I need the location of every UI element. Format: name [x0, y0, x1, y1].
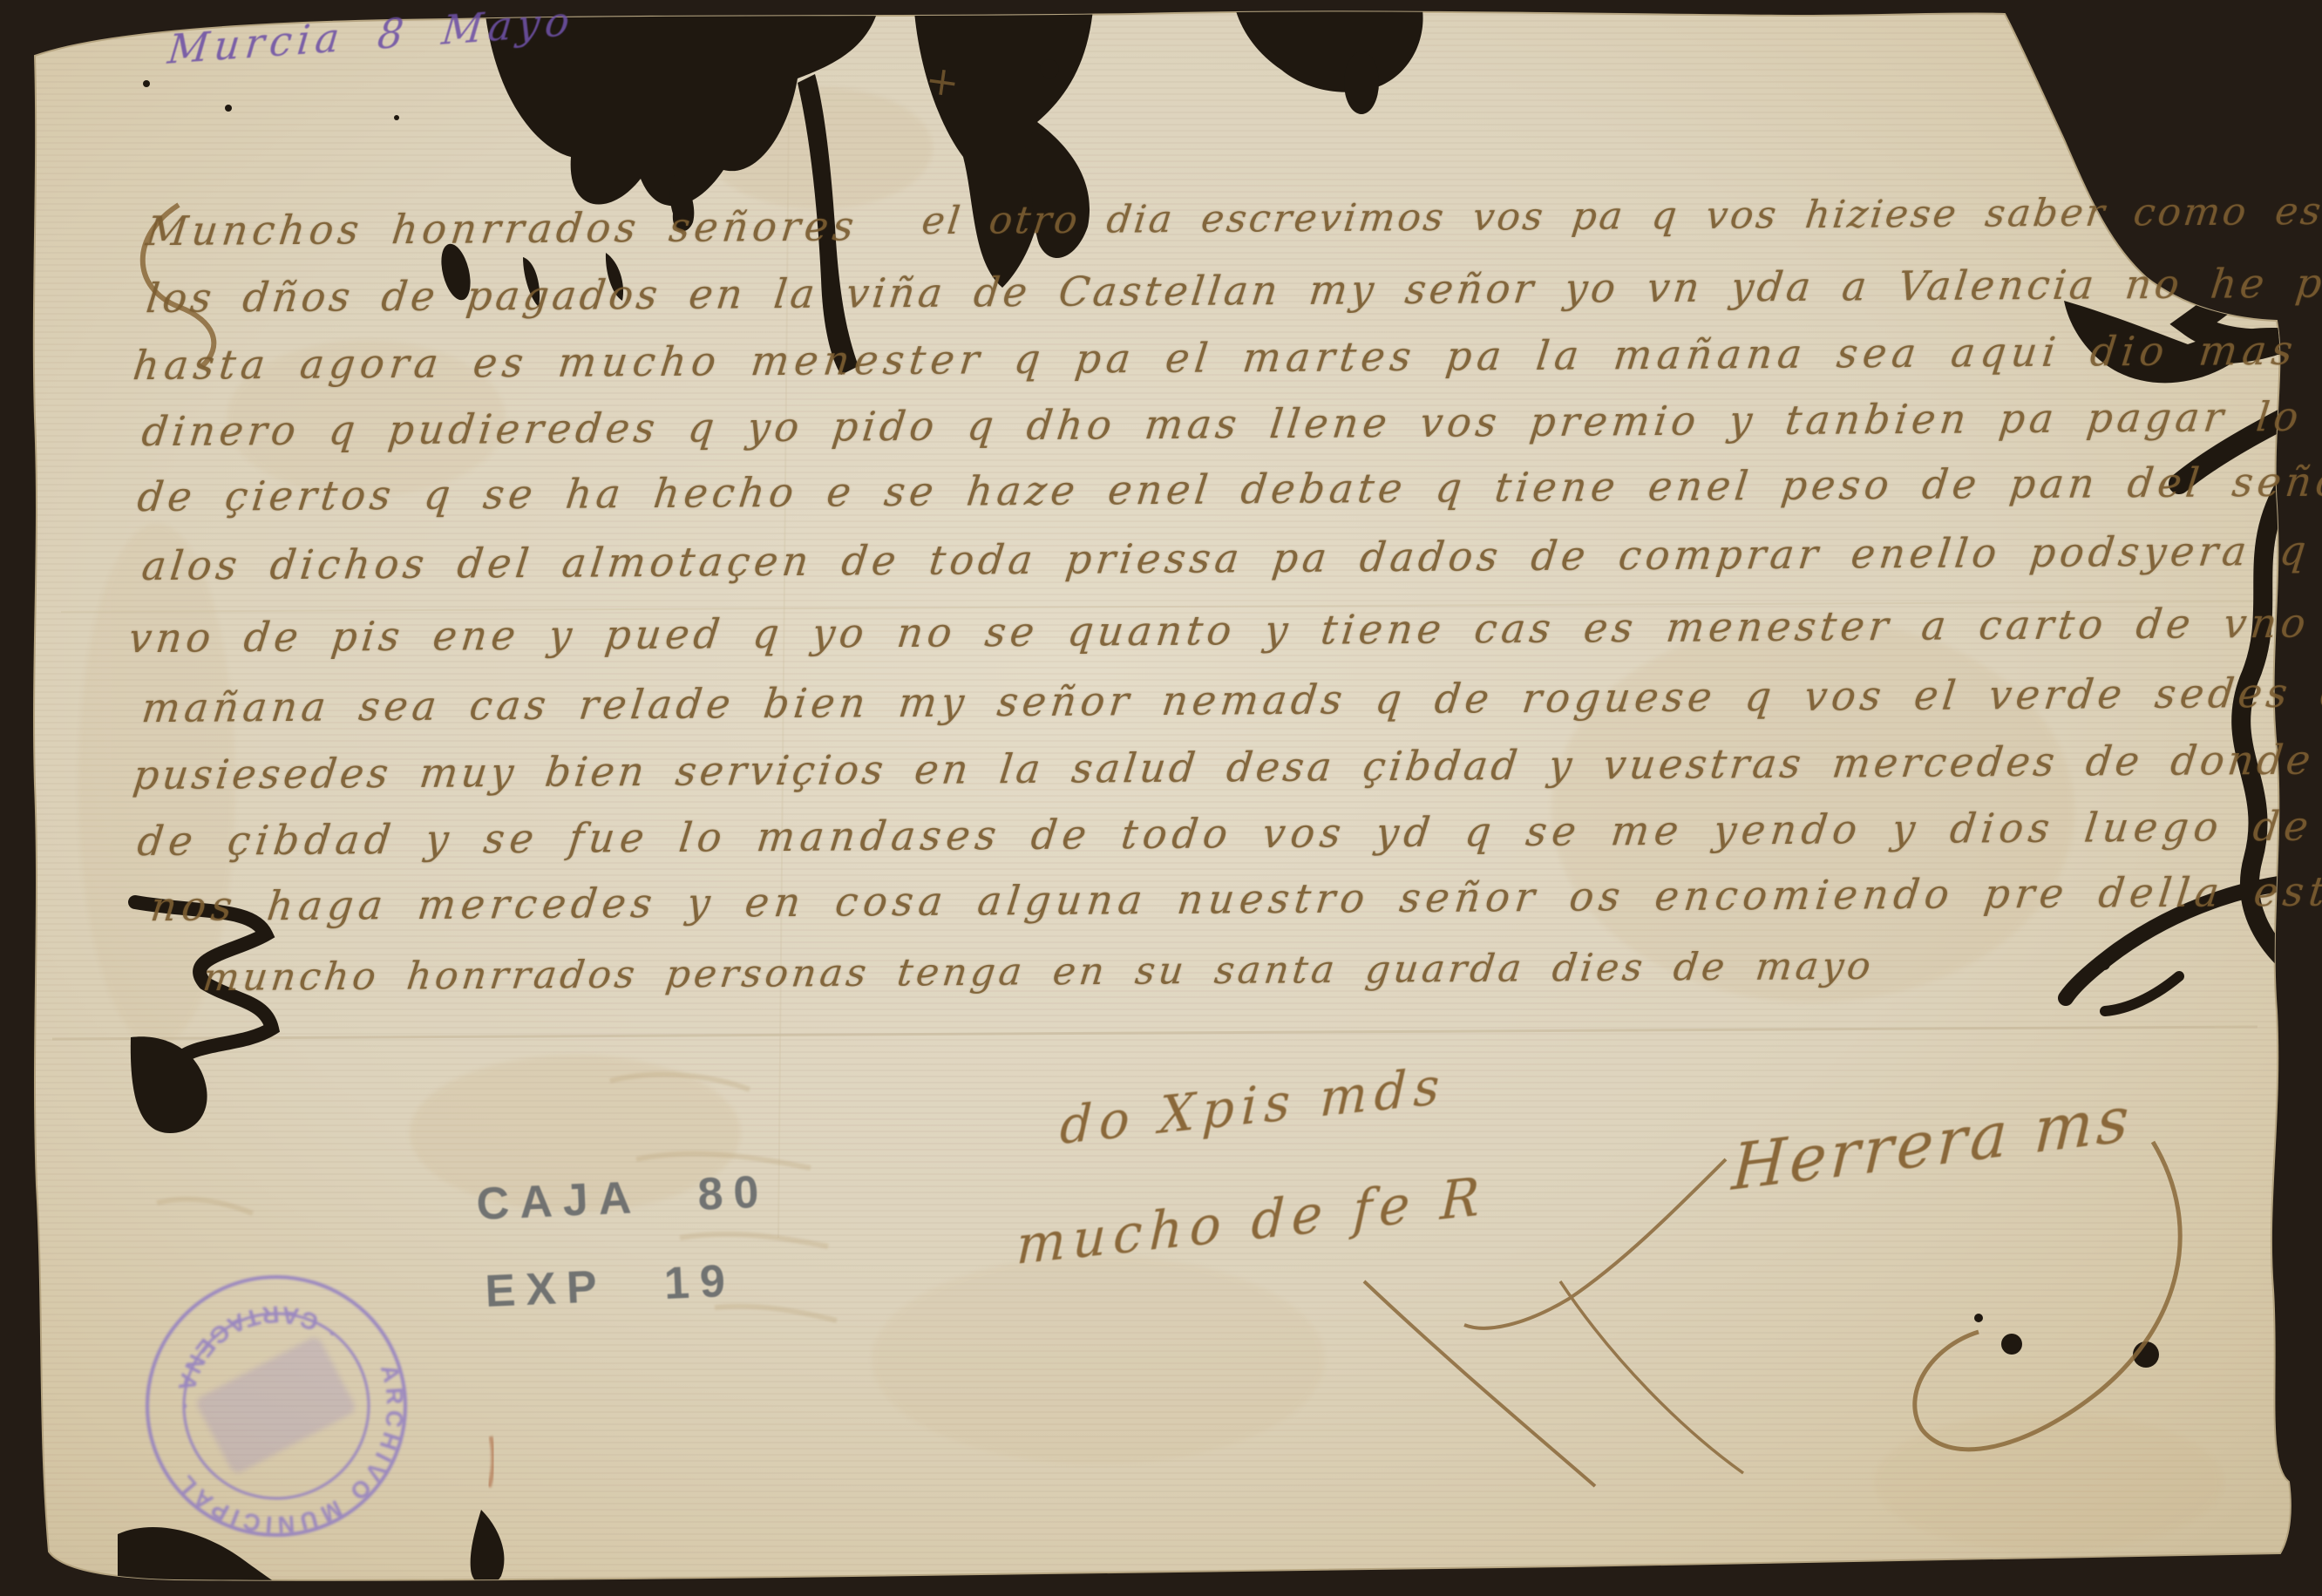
scanned-manuscript-page: ARCHIVO MUNICIPAL · CARTAGENA · Murcia 8…	[0, 0, 2322, 1596]
parchment-artwork: ARCHIVO MUNICIPAL · CARTAGENA ·	[0, 0, 2322, 1596]
